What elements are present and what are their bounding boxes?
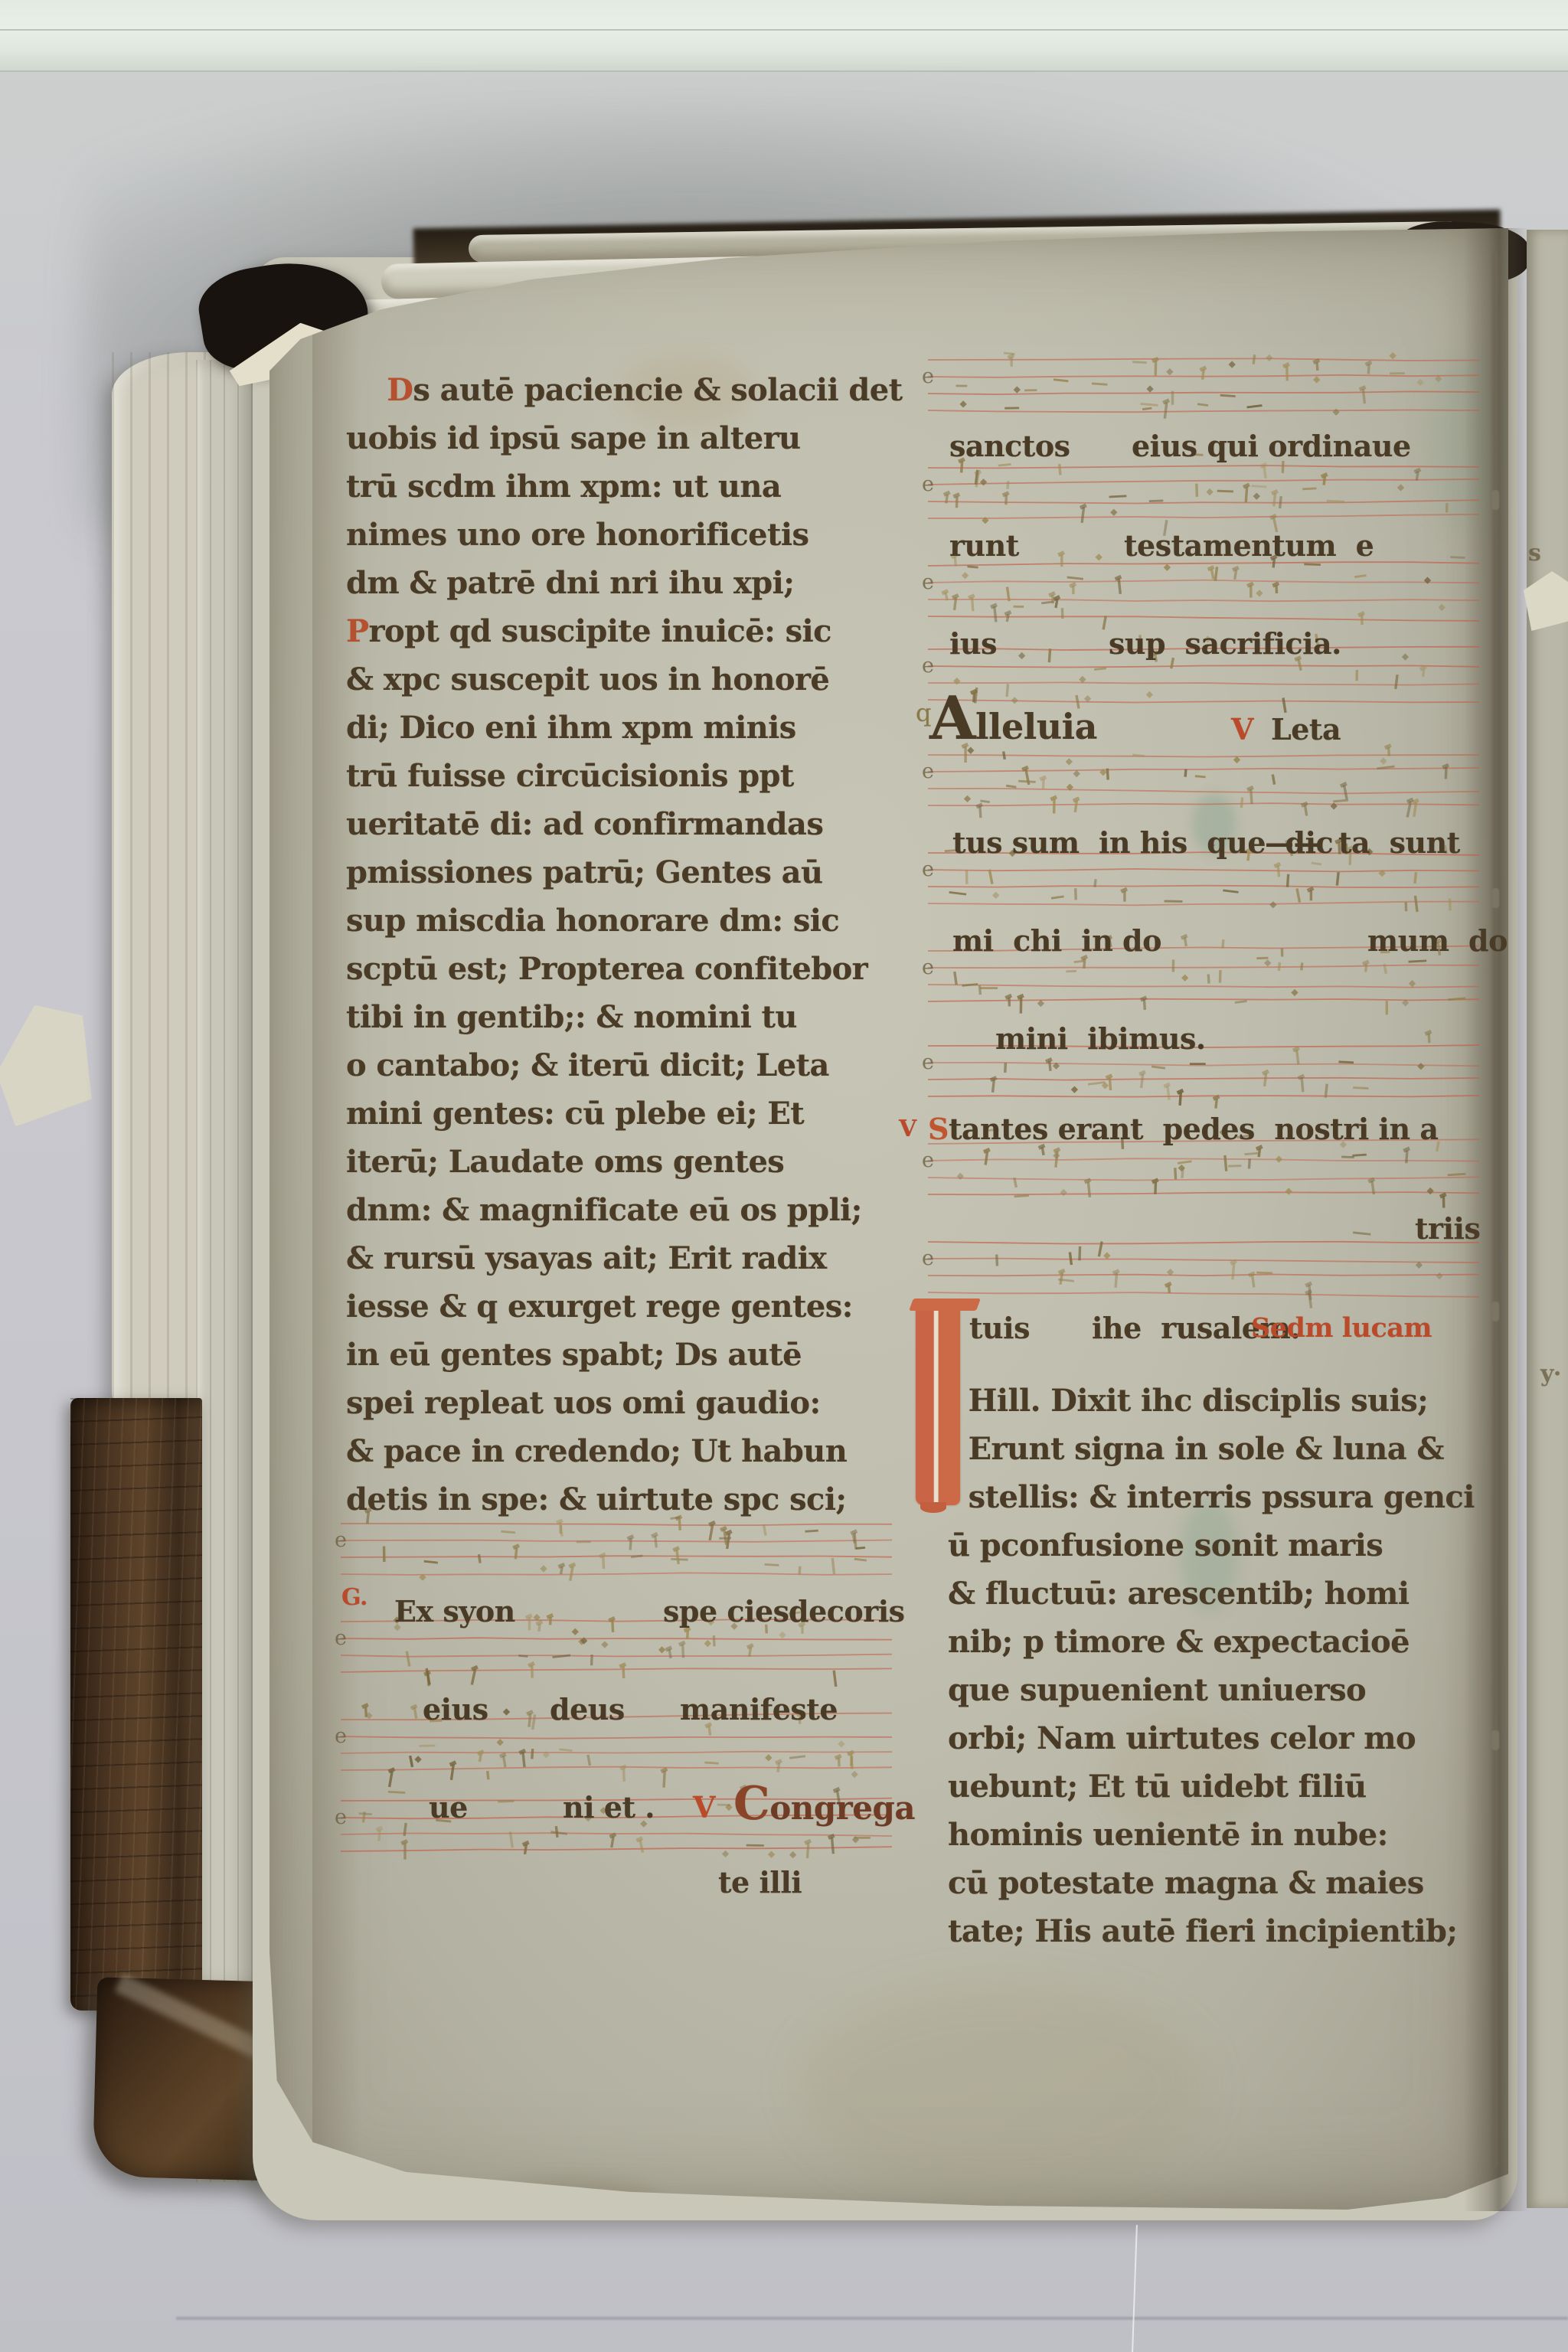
chant-triis: triis	[1415, 1211, 1480, 1246]
chant-ue: ue	[429, 1790, 468, 1825]
manuscript-text-line: Ds autē paciencie & solacii det	[346, 366, 897, 414]
margin-mark: G.	[341, 1580, 367, 1615]
chant-text: spe cies	[663, 1594, 789, 1629]
manuscript-text-line: scptū est; Propterea confitebor	[346, 945, 897, 993]
svg-text:e: e	[922, 759, 934, 783]
svg-text:e: e	[922, 857, 934, 881]
manuscript-text-line: sup miscdia honorare dm: sic	[346, 897, 897, 945]
manuscript-text-line: pmissiones patrū; Gentes aū	[346, 848, 897, 897]
manuscript-text-line: Hill. Dixit ihc disciplis suis;	[948, 1377, 1491, 1425]
right-text-column: Hill. Dixit ihc disciplis suis; Erunt si…	[948, 1377, 1491, 1955]
manuscript-text-line: iesse & q exurget rege gentes:	[346, 1282, 897, 1331]
chant-runt: runt	[949, 528, 1019, 563]
svg-text:e: e	[335, 1626, 347, 1650]
chant-text: decoris	[789, 1594, 905, 1629]
manuscript-text-line: tate; His autē fieri incipientib;	[948, 1907, 1491, 1955]
manuscript-text-line: tibi in gentib;: & nomini tu	[346, 993, 897, 1041]
svg-text:e: e	[335, 1528, 347, 1552]
manuscript-text-line: o cantabo; & iterū dicit; Leta	[346, 1041, 897, 1089]
manuscript-text-line: cū potestate magna & maies	[948, 1859, 1491, 1907]
chant-ex-syon: Ex syon	[394, 1594, 515, 1629]
manuscript-text-line: que supuenient uniuerso	[948, 1666, 1491, 1714]
chant-eius: eius	[423, 1692, 488, 1727]
manuscript-text-line: ueritatē di: ad confirmandas	[346, 800, 897, 848]
manuscript-text-line: mini gentes: cū plebe ei; Et	[346, 1089, 897, 1138]
manuscript-text-line: uobis id ipsū sape in alteru	[346, 414, 897, 462]
manuscript-text-line: dm & patrē dni nri ihu xpi;	[346, 559, 897, 607]
manuscript-text-line: in eū gentes spabt; Ds autē	[346, 1331, 897, 1379]
manuscript-text-line: di; Dico eni ihm xpm minis	[346, 704, 897, 752]
chant-text: ni et .	[563, 1790, 655, 1825]
chant-text: mum do	[1367, 923, 1508, 959]
manuscript-text-line: Erunt signa in sole & luna &	[948, 1425, 1491, 1473]
chant-text: testamentum e	[1124, 528, 1374, 563]
svg-text:e: e	[335, 1724, 347, 1748]
svg-text:e: e	[922, 654, 934, 678]
chant-tuis: tuis	[969, 1311, 1030, 1346]
chant-mini-ibimus: mini ibimus.	[995, 1021, 1206, 1057]
chant-text: ——	[1265, 825, 1322, 861]
chant-michi: mi chi in do	[952, 923, 1161, 959]
manuscript-text-line: & fluctuū: arescentib; homi	[948, 1570, 1491, 1618]
chant-congrega: Congrega	[733, 1790, 915, 1826]
svg-text:e: e	[922, 570, 934, 594]
left-text-column: Ds autē paciencie & solacii detuobis id …	[346, 366, 897, 1524]
manuscript-text-line: hominis uenientē in nube:	[948, 1811, 1491, 1859]
versicle-mark: V	[899, 1112, 916, 1147]
chant-stantes: Stantes erant pedes nostri in a	[928, 1112, 1438, 1147]
svg-text:e: e	[922, 1246, 934, 1270]
chant-te-illi: te illi	[718, 1865, 802, 1900]
chant-text: ta sunt	[1338, 825, 1460, 861]
manuscript-text-line: ū pconfusione sonit maris	[948, 1521, 1491, 1570]
svg-text:e: e	[922, 955, 934, 979]
manuscript-text-line: & pace in credendo; Ut habun	[346, 1427, 897, 1475]
initial-i	[916, 1302, 960, 1505]
chant-ius: ius	[949, 626, 997, 661]
manuscript-text-line: dnm: & magnificate eū os ppli;	[346, 1186, 897, 1234]
svg-text:e: e	[922, 1050, 934, 1074]
svg-text:e: e	[335, 1805, 347, 1829]
chant-sanctos: sanctos	[949, 429, 1070, 464]
svg-text:e: e	[922, 472, 934, 496]
manuscript-text-line: & xpc suscepit uos in honorē	[346, 655, 897, 704]
chant-text: deus	[550, 1692, 625, 1727]
manuscript-text-line: uebunt; Et tū uidebt filiū	[948, 1762, 1491, 1811]
manuscript-text-line: & rursū ysayas ait; Erit radix	[346, 1234, 897, 1282]
manuscript-text-line: nimes uno ore honorificetis	[346, 511, 897, 559]
versicle-mark: V	[1231, 712, 1253, 747]
manuscript-text-line: detis in spe: & uirtute spc sci;	[346, 1475, 897, 1524]
gutter-fragment: y·	[1540, 1357, 1561, 1392]
svg-text:e: e	[922, 364, 934, 388]
manuscript-text-line: trū scdm ihm xpm: ut una	[346, 462, 897, 511]
chant-text: manifeste	[680, 1692, 838, 1727]
gospel-rubric: Sedm lucam	[1251, 1311, 1432, 1346]
manuscript-text-line: orbi; Nam uirtutes celor mo	[948, 1714, 1491, 1762]
chant-leta: Leta	[1271, 712, 1341, 747]
chant-text: sup sacrificia.	[1109, 626, 1341, 661]
manuscript-text-line: stellis: & interris pssura genci	[948, 1473, 1491, 1521]
manuscript-photo: eeeeeeeeeeeeee Ds autē paciencie & solac…	[0, 0, 1568, 2352]
manuscript-text-line: nib; p timore & expectacioē	[948, 1618, 1491, 1666]
versicle-mark: V	[693, 1790, 715, 1825]
manuscript-text-line: Propt qd suscipite inuicē: sic	[346, 607, 897, 655]
manuscript-text-line: trū fuisse circūcisionis ppt	[346, 752, 897, 800]
gutter-fragment: s	[1528, 536, 1540, 571]
manuscript-text-line: iterū; Laudate oms gentes	[346, 1138, 897, 1186]
alleluia-chant: Alleluia	[929, 703, 1097, 744]
chant-text: eius qui ordinaue	[1132, 429, 1411, 464]
custos-mark: q	[916, 695, 931, 730]
table-edge-line	[176, 2317, 1568, 2320]
manuscript-text-line: spei repleat uos omi gaudio:	[346, 1379, 897, 1427]
svg-text:e: e	[922, 1148, 934, 1172]
